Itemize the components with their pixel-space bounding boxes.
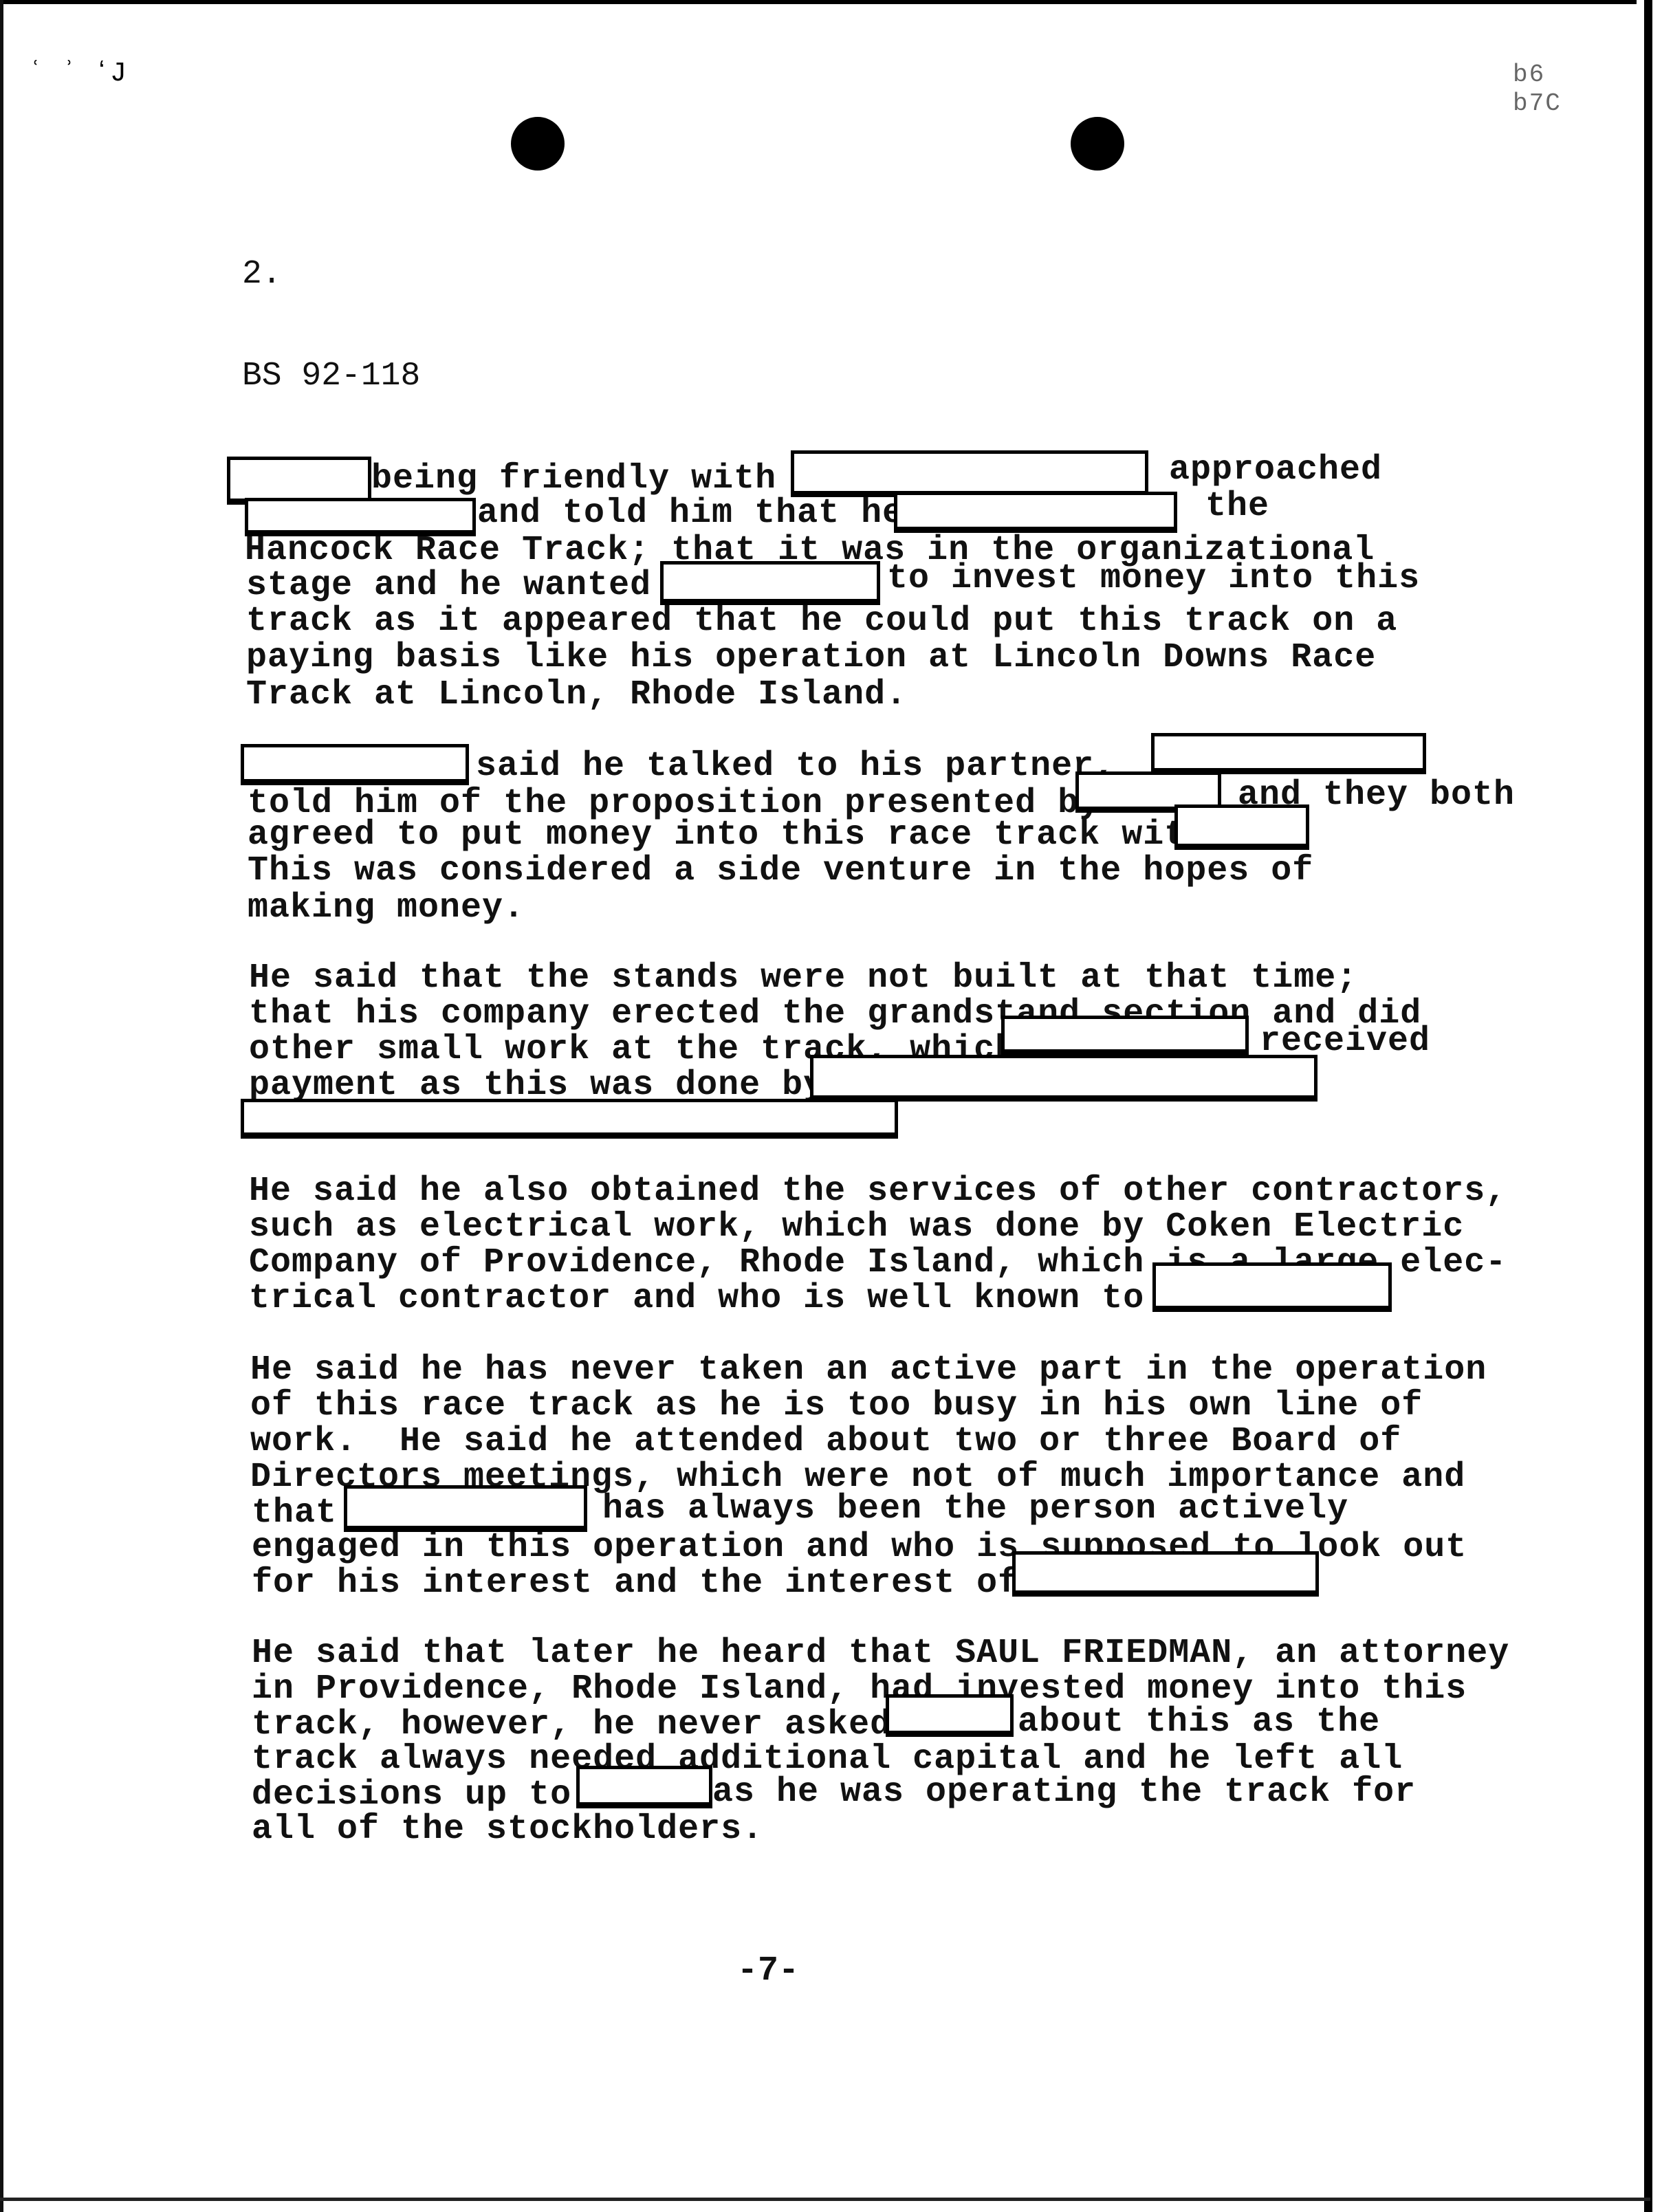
text-line: work. He said he attended about two or t… — [250, 1422, 1401, 1461]
text-line: paying basis like his operation at Linco… — [246, 638, 1376, 677]
text-line: about this as the — [1018, 1702, 1380, 1742]
redaction-box — [894, 492, 1177, 533]
text-line: being friendly with — [371, 459, 776, 499]
scan-border-top — [0, 0, 1637, 4]
text-line: said he talked to his partner, — [476, 747, 1115, 786]
text-line: that — [252, 1493, 337, 1533]
text-line: track, however, he never asked — [252, 1705, 891, 1744]
redaction-box — [660, 561, 880, 605]
stray-marks: ʿ ʾ ʻJ — [28, 58, 127, 89]
text-line: of this race track as he is too busy in … — [250, 1386, 1423, 1425]
scan-border-bottom — [0, 2198, 1650, 2201]
text-line: making money. — [248, 888, 525, 928]
redaction-box — [241, 744, 469, 785]
text-line: He said he has never taken an active par… — [250, 1350, 1487, 1390]
redaction-box — [1152, 1262, 1392, 1312]
text-line: track as it appeared that he could put t… — [246, 602, 1397, 641]
text-line: He said that later he heard that SAUL FR… — [252, 1634, 1509, 1673]
text-line: such as electrical work, which was done … — [249, 1207, 1464, 1247]
scan-border-right — [1644, 0, 1652, 2212]
text-line: has always been the person actively — [602, 1489, 1348, 1529]
text-line: Track at Lincoln, Rhode Island. — [246, 675, 907, 714]
redaction-box — [1151, 733, 1426, 774]
text-line: He said that the stands were not built a… — [249, 959, 1357, 998]
text-line: to invest money into this — [887, 559, 1420, 598]
punch-hole-left — [511, 117, 565, 171]
text-line: trical contractor and who is well known … — [249, 1279, 1144, 1318]
punch-hole-right — [1071, 117, 1124, 171]
document-page: ʿ ʾ ʻJ b6 b7C 2. BS 92-118 being friendl… — [0, 0, 1662, 2212]
text-line: He said he also obtained the services of… — [249, 1172, 1507, 1211]
scan-border-left — [0, 0, 3, 2212]
text-line: agreed to put money into this race track… — [248, 815, 1207, 855]
page-number: -7- — [737, 1951, 799, 1991]
file-number: BS 92-118 — [242, 358, 420, 395]
redaction-box — [1174, 804, 1309, 850]
text-line: This was considered a side venture in th… — [248, 851, 1313, 890]
exemption-code-b6: b6 — [1513, 61, 1545, 89]
redaction-box — [241, 1099, 898, 1139]
redaction-box — [245, 498, 476, 536]
text-line: all of the stockholders. — [252, 1810, 763, 1849]
redaction-box — [576, 1766, 712, 1808]
text-line: for his interest and the interest of — [252, 1564, 1019, 1603]
redaction-box — [1012, 1551, 1319, 1597]
redaction-box — [791, 450, 1148, 497]
text-line: the — [1205, 487, 1269, 526]
exemption-code-b7c: b7C — [1513, 89, 1562, 118]
text-line: as he was operating the track for — [712, 1773, 1416, 1812]
text-line: approached — [1169, 450, 1382, 490]
redaction-box — [1001, 1016, 1249, 1055]
section-number: 2. — [242, 256, 282, 293]
text-line: and told him that he — [477, 494, 904, 533]
redaction-box — [344, 1485, 587, 1532]
redaction-box — [810, 1055, 1317, 1102]
redaction-box — [886, 1694, 1014, 1737]
text-line: stage and he wanted — [246, 566, 651, 605]
text-line: decisions up to — [252, 1775, 571, 1815]
